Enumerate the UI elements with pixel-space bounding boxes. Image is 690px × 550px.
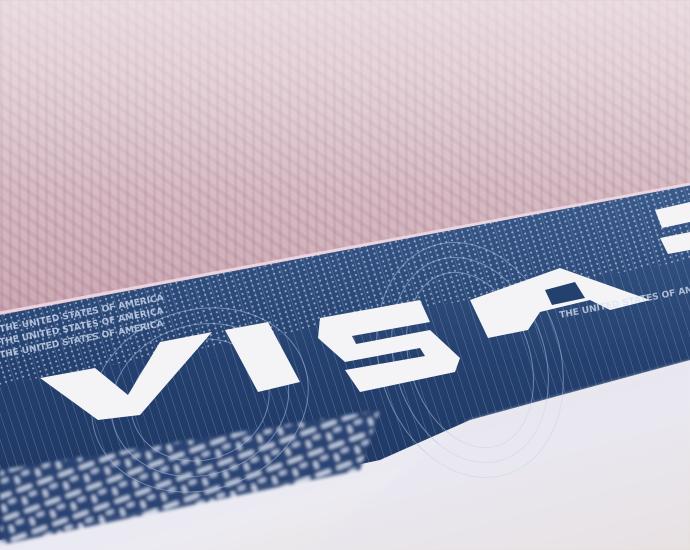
visa-photo: THE UNITED STATES OF AMERICA THE UNITED …	[0, 0, 690, 550]
visa-band-illustration: THE UNITED STATES OF AMERICA THE UNITED …	[0, 0, 690, 550]
